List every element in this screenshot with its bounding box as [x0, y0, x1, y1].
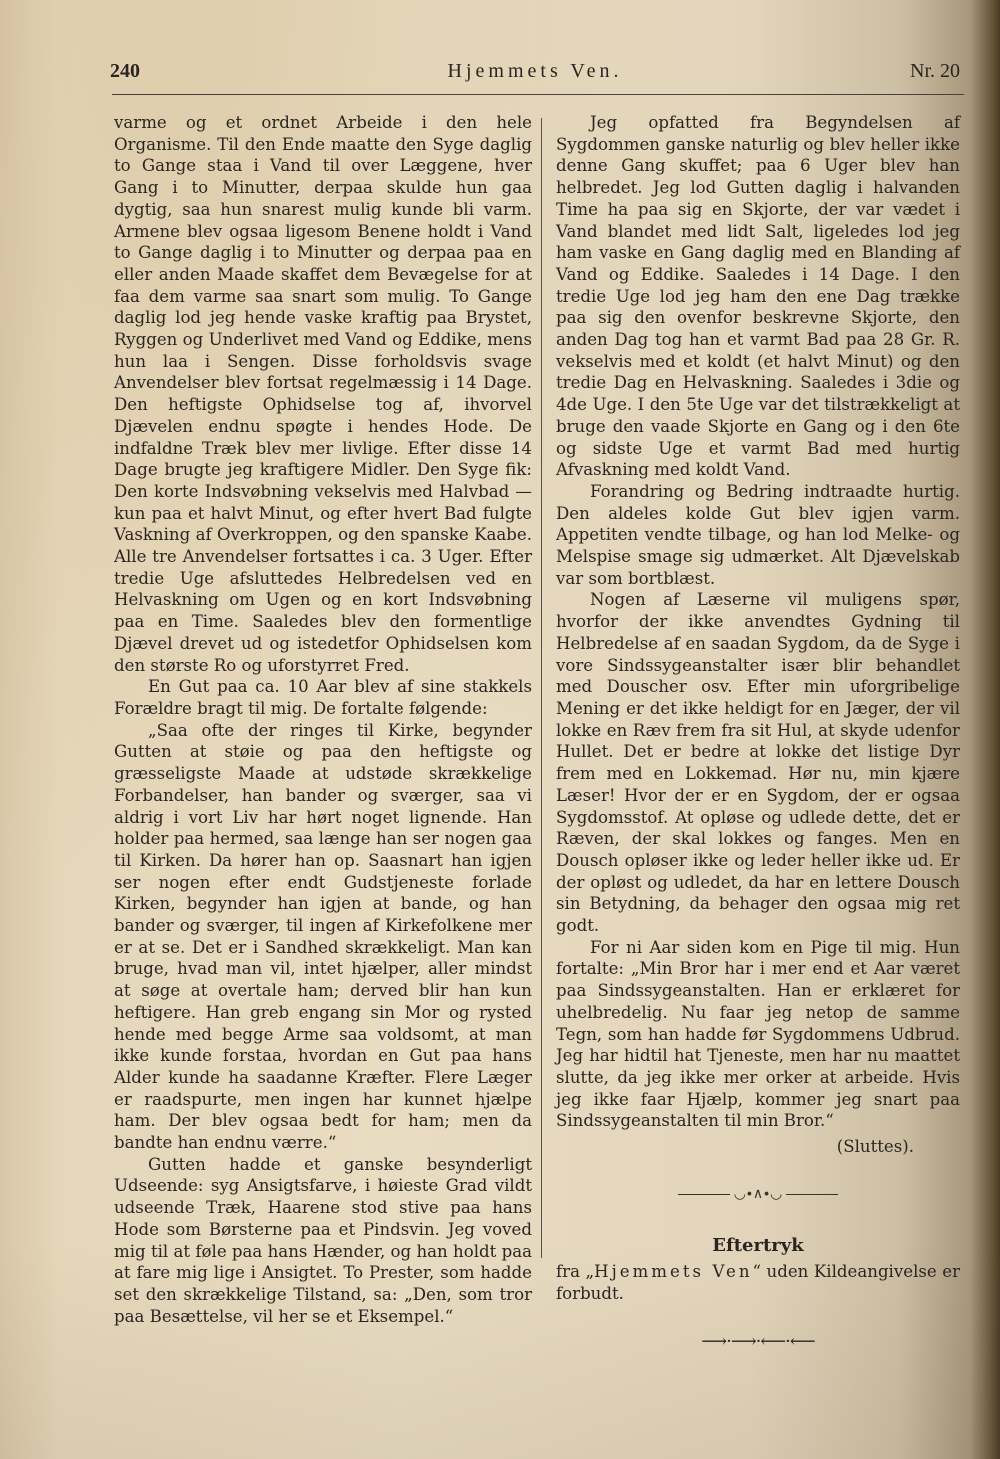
to-be-continued-note: (Sluttes). — [556, 1136, 914, 1158]
ornament-line-left — [678, 1194, 730, 1195]
paragraph: Jeg opfatted fra Begyndelsen af Sygdomme… — [556, 112, 960, 481]
running-title: Hjemmets Ven. — [110, 60, 960, 83]
arrows-ornament-icon: ⟶·⟶·⟵·⟵ — [556, 1331, 960, 1353]
column-divider — [541, 118, 542, 1258]
paragraph: Gutten hadde et ganske besynderligt Udse… — [114, 1154, 532, 1328]
ornament-line-right — [786, 1194, 838, 1195]
quoted-paragraph: „Saa ofte der ringes til Kirke, begynder… — [114, 720, 532, 1154]
right-column: Jeg opfatted fra Begyndelsen af Sygdomme… — [556, 112, 960, 1352]
flourish-icon: ◡∙∧∙◡ — [734, 1184, 782, 1206]
issue-number: Nr. 20 — [910, 60, 960, 83]
paragraph: varme og et ordnet Arbeide i den hele Or… — [114, 112, 532, 676]
reprint-notice-text: fra „Hjemmets Ven“ uden Kildeangivelse e… — [556, 1261, 960, 1304]
notice-prefix: fra „ — [556, 1262, 594, 1281]
page-header: 240 Hjemmets Ven. Nr. 20 — [110, 58, 960, 98]
ornament-divider: ◡∙∧∙◡ — [556, 1184, 960, 1206]
paragraph: For ni Aar siden kom en Pige til mig. Hu… — [556, 937, 960, 1132]
header-rule — [112, 94, 964, 95]
notice-publication: Hjemmets Ven — [594, 1262, 752, 1281]
left-column: varme og et ordnet Arbeide i den hele Or… — [114, 112, 532, 1327]
paragraph: Nogen af Læserne vil muligens spør, hvor… — [556, 589, 960, 936]
reprint-notice-title: Eftertryk — [556, 1235, 960, 1257]
paragraph: En Gut paa ca. 10 Aar blev af sine stakk… — [114, 676, 532, 719]
paragraph: Forandring og Bedring indtraadte hurtig.… — [556, 481, 960, 590]
